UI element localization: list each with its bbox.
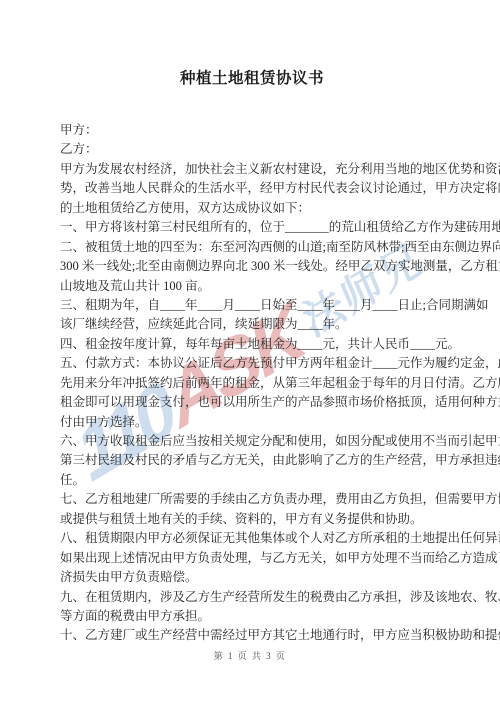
document-line: 一、甲方将该村第三村民组所有的，位于_______的荒山租赁给乙方作为建砖用地。 [60, 218, 444, 237]
document-page: 110 ASK 法师兄 种植土地租赁协议书 甲方：乙方：甲方为发展农村经济，加快… [0, 0, 500, 706]
document-line: 二、被租赁土地的四至为：东至河沟西侧的山道;南至防风林带;西至由东侧边界向西 [60, 238, 444, 257]
document-line: 300 米一线处;北至由南侧边界向北 300 米一线处。经甲乙双方实地测量，乙方… [60, 257, 444, 276]
document-line: 该厂继续经营，应续延此合同，续延期限为____年。 [60, 315, 444, 334]
document-line: 甲方为发展农村经济，加快社会主义新农村建设，充分利用当地的地区优势和资源优 [60, 160, 444, 179]
document-line: 济损失由甲方负责赔偿。 [60, 568, 444, 587]
document-line: 第三村民组及村民的矛盾与乙方无关，由此影响了乙方的生产经营，甲方承担违约责 [60, 451, 444, 470]
document-line: 六、甲方收取租金后应当按相关规定分配和使用，如因分配或使用不当而引起甲方与 [60, 432, 444, 451]
document-line: 十、乙方建厂或生产经营中需经过甲方其它土地通行时，甲方应当积极协助和提供方 [60, 626, 444, 645]
document-line: 或提供与租赁土地有关的手续、资料的，甲方有义务提供和协助。 [60, 510, 444, 529]
document-line: 八、租赁期限内甲方必须保证无其他集体或个人对乙方所承租的土地提出任何异议， [60, 529, 444, 548]
document-line: 五、付款方式：本协议公证后乙方先预付甲方两年租金计____元作为履约定金，此款 [60, 354, 444, 373]
document-line: 七、乙方租地建厂所需要的手续由乙方负责办理，费用由乙方负担，但需要甲方协助 [60, 490, 444, 509]
document-body: 甲方：乙方：甲方为发展农村经济，加快社会主义新农村建设，充分利用当地的地区优势和… [60, 121, 444, 646]
document-line: 山坡地及荒山共计 100 亩。 [60, 277, 444, 296]
document-line: 任。 [60, 471, 444, 490]
party-a-label: 甲方： [60, 121, 444, 140]
party-b-label: 乙方： [60, 140, 444, 159]
document-content: 种植土地租赁协议书 甲方：乙方：甲方为发展农村经济，加快社会主义新农村建设，充分… [60, 70, 444, 646]
document-line: 四、租金按年度计算，每年每亩土地租金为____元，共计人民币____元。 [60, 335, 444, 354]
page-number-footer: 第 1 页 共 3 页 [0, 649, 500, 662]
document-line: 三、租期为年，自____年____月____日始至____年____月____日… [60, 296, 444, 315]
document-line: 势，改善当地人民群众的生活水平，经甲方村民代表会议讨论通过，甲方决定将闲置 [60, 179, 444, 198]
document-line: 的土地租赁给乙方使用，双方达成协议如下： [60, 199, 444, 218]
document-line: 付由甲方选择。 [60, 413, 444, 432]
document-line: 等方面的税费由甲方承担。 [60, 607, 444, 626]
document-line: 租金即可以用现金支付，也可以用所生产的产品参照市场价格抵顶，适用何种方式支 [60, 393, 444, 412]
document-line: 如果出现上述情况由甲方负责处理，与乙方无关，如甲方处理不当而给乙方造成了经 [60, 549, 444, 568]
document-line: 九、在租赁期内，涉及乙方生产经营所发生的税费由乙方承担，涉及该地农、牧、林 [60, 588, 444, 607]
document-line: 先用来分年冲抵签约后前两年的租金，从第三年起租金于每年的月日付清。乙方所交 [60, 374, 444, 393]
document-title: 种植土地租赁协议书 [60, 70, 444, 88]
